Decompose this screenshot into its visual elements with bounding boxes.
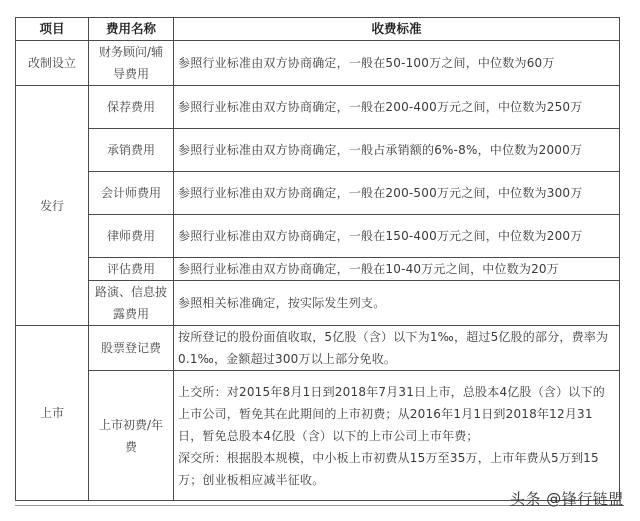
table-row: 路演、信息披露费用 参照相关标准确定，按实际发生列支。 [16,281,620,326]
fee-name-cell: 律师费用 [89,215,174,258]
fee-standard-cell: 参照行业标准由双方协商确定，一般占承销额的6%-8%，中位数为2000万 [174,129,620,172]
fee-name-cell: 路演、信息披露费用 [89,281,174,326]
fee-standard-cell: 按所登记的股份面值收取，5亿股（含）以下为1‰，超过5亿股的部分，费率为0.1‰… [174,326,620,371]
table-row: 会计师费用 参照行业标准由双方协商确定，一般在200-500万元之间，中位数为3… [16,172,620,215]
szse-listing-fee-text: 深交所：根据股本规模，中小板上市初费从15万至35万，上市年费从5万到15万；创… [178,447,615,491]
fee-standard-cell: 参照行业标准由双方协商确定，一般在150-400万元之间，中位数为200万 [174,215,620,258]
table-row: 律师费用 参照行业标准由双方协商确定，一般在150-400万元之间，中位数为20… [16,215,620,258]
source-watermark: 头条 @锋行链盟 [510,488,624,509]
fee-name-cell: 保荐费用 [89,86,174,129]
table-row: 上市 股票登记费 按所登记的股份面值收取，5亿股（含）以下为1‰，超过5亿股的部… [16,326,620,371]
fee-name-cell: 会计师费用 [89,172,174,215]
fee-standard-cell: 参照行业标准由双方协商确定，一般在200-400万元之间，中位数为250万 [174,86,620,129]
table-row: 发行 保荐费用 参照行业标准由双方协商确定，一般在200-400万元之间，中位数… [16,86,620,129]
table-row: 评估费用 参照行业标准由双方协商确定，一般在10-40万元之间，中位数为20万 [16,258,620,281]
sse-listing-fee-text: 上交所：对2015年8月1日到2018年7月31日上市，总股本4亿股（含）以下的… [178,381,615,447]
fee-standard-cell: 参照行业标准由双方协商确定，一般在10-40万元之间，中位数为20万 [174,258,620,281]
table-row: 上市初费/年费 上交所：对2015年8月1日到2018年7月31日上市，总股本4… [16,371,620,501]
table-header-row: 项目 费用名称 收费标准 [16,18,620,41]
section-label-restructure: 改制设立 [16,41,89,86]
header-fee-name: 费用名称 [89,18,174,41]
header-item: 项目 [16,18,89,41]
section-label-listing: 上市 [16,326,89,501]
fee-standard-cell: 参照相关标准确定，按实际发生列支。 [174,281,620,326]
section-label-issuance: 发行 [16,86,89,326]
fee-name-cell: 评估费用 [89,258,174,281]
fee-name-cell: 上市初费/年费 [89,371,174,501]
table-row: 承销费用 参照行业标准由双方协商确定，一般占承销额的6%-8%，中位数为2000… [16,129,620,172]
fee-name-cell: 财务顾问/辅导费用 [89,41,174,86]
table-row: 改制设立 财务顾问/辅导费用 参照行业标准由双方协商确定，一般在50-100万之… [16,41,620,86]
fee-standard-cell: 上交所：对2015年8月1日到2018年7月31日上市，总股本4亿股（含）以下的… [174,371,620,501]
fee-name-cell: 股票登记费 [89,326,174,371]
fee-standard-cell: 参照行业标准由双方协商确定，一般在50-100万之间，中位数为60万 [174,41,620,86]
fee-standard-cell: 参照行业标准由双方协商确定，一般在200-500万元之间，中位数为300万 [174,172,620,215]
fee-name-cell: 承销费用 [89,129,174,172]
fee-standard-table: 项目 费用名称 收费标准 改制设立 财务顾问/辅导费用 参照行业标准由双方协商确… [15,17,620,501]
header-standard: 收费标准 [174,18,620,41]
